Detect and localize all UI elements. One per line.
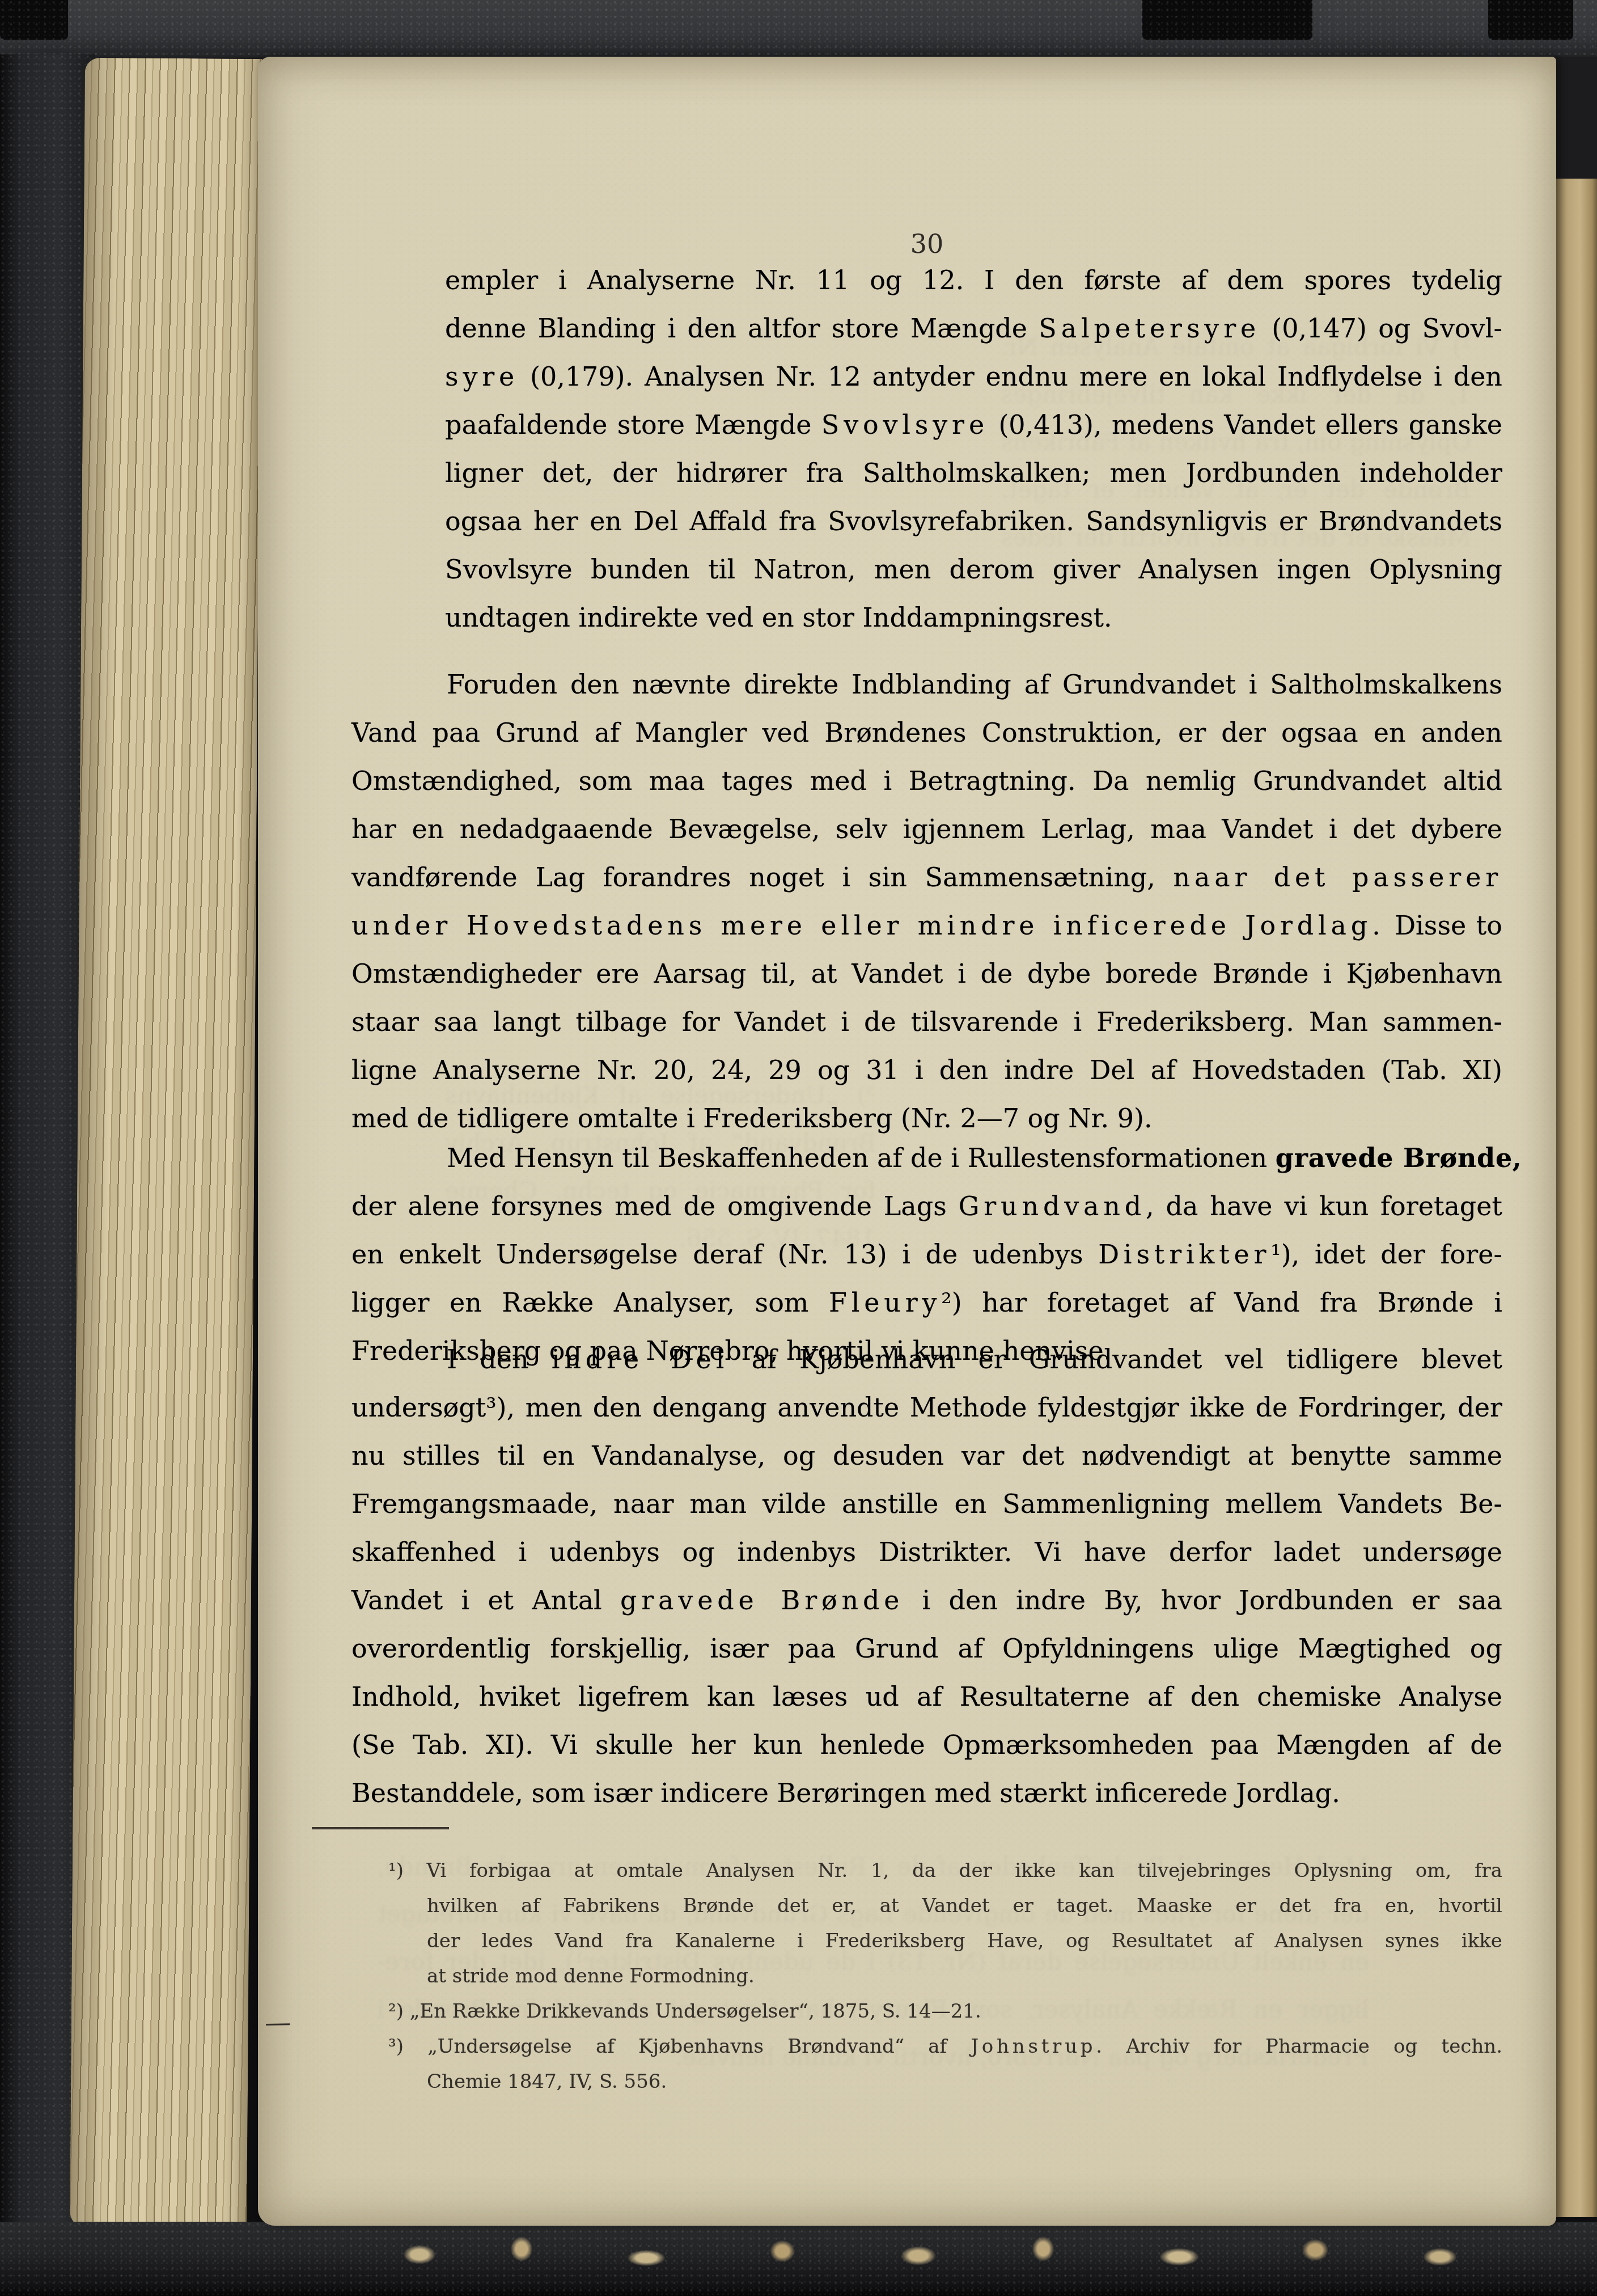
text-line: Bestanddele, som især indicere Berøringe… [351,1769,1502,1817]
text-line: der alene forsynes med de omgivende Lags… [351,1182,1502,1231]
text-line: Vandet i et Antal gravede Brønde i den i… [351,1576,1502,1625]
text-segment: ligger en Række Analyser, som [351,1287,829,1318]
text-segment: denne Blanding i den altfor store Mængde [445,313,1039,344]
body-text: empler i Analyserne Nr. 11 og 12. I den … [351,256,1502,1817]
text-line: ligner det, der hidrører fra Saltholmska… [445,449,1502,497]
text-segment: undersøgt³), men den dengang anvendte Me… [351,1392,1502,1423]
text-line: under Hovedstadens mere eller mindre inf… [351,902,1502,950]
text-segment: (0,179). Analysen Nr. 12 antyder endnu m… [519,361,1502,392]
footnote-line: ³) „Undersøgelse af Kjøbenhavns Brøndvan… [388,2029,1502,2064]
text-segment: Svovlsyre [821,409,989,440]
text-segment: Omstændigheder ere Aarsag til, at Vandet… [351,958,1502,989]
fore-edge-strip [1556,57,1597,2217]
text-segment: (0,147) og Svovl- [1260,313,1502,344]
text-segment: nu stilles til en Vandanalyse, og desude… [351,1440,1502,1471]
text-segment: Bestanddele, som især indicere Berøringe… [351,1778,1340,1808]
text-line: syre (0,179). Analysen Nr. 12 antyder en… [445,353,1502,401]
text-segment: ¹), idet der fore- [1270,1239,1502,1270]
text-line: Med Hensyn til Beskaffenheden af de i Ru… [351,1134,1502,1182]
text-line: har en nedadgaaende Bevægelse, selv igje… [351,805,1502,853]
text-segment: Distrikter [1098,1239,1270,1270]
text-segment: Grundvand [959,1191,1146,1221]
footnote: ³) „Undersøgelse af Kjøbenhavns Brøndvan… [388,2029,1502,2099]
text-segment: Vand paa Grund af Mangler ved Brøndenes … [351,717,1502,748]
footnote: ²) „En Række Drikkevands Undersøgelser“,… [388,1994,1502,2029]
text-segment: Med Hensyn til Beskaffenheden af de i Ru… [447,1143,1276,1173]
page-stack-edges [70,58,262,2230]
text-segment: vandførende Lag forandres noget i sin Sa… [351,862,1174,893]
text-segment: i den indre By, hvor Jordbunden er saa [904,1585,1502,1616]
footnote-line: at stride mod denne Formodning. [388,1959,1502,1994]
text-segment: Vandet i et Antal [351,1585,620,1616]
text-segment: Indhold, hviket ligefrem kan læses ud af… [351,1681,1502,1712]
footnote-separator [312,1827,449,1829]
paragraph: I den indre Del af Kjøbenhavn er Grundva… [351,1335,1502,1817]
footnote-line: der ledes Vand fra Kanalerne i Frederiks… [388,1923,1502,1959]
text-segment: Fleury [829,1287,941,1318]
footnote-line: Chemie 1847, IV, S. 556. [388,2064,1502,2099]
text-segment: der ledes Vand fra Kanalerne i Frederiks… [427,1930,1502,1952]
text-segment: ligne Analyserne Nr. 20, 24, 29 og 31 i … [351,1055,1502,1085]
text-line: Foruden den nævnte direkte Indblanding a… [351,661,1502,709]
text-segment: Foruden den nævnte direkte Indblanding a… [447,669,1502,700]
book-page: ¹) Vi forbigaa at omtale Analysen Nr. 1,… [258,57,1556,2226]
footnotes: ¹) Vi forbigaa at omtale Analysen Nr. 1,… [388,1853,1502,2099]
text-segment: har en nedadgaaende Bevægelse, selv igje… [351,814,1502,844]
page-number: 30 [351,229,1502,259]
text-line: Omstændighed, som maa tages med i Betrag… [351,757,1502,805]
text-segment: (0,413), medens Vandet ellers ganske [989,409,1502,440]
text-line: en enkelt Undersøgelse deraf (Nr. 13) i … [351,1231,1502,1279]
text-segment: Svovlsyre bunden til Natron, men derom g… [445,554,1502,585]
footnote-line: ¹) Vi forbigaa at omtale Analysen Nr. 1,… [388,1853,1502,1888]
text-line: ligne Analyserne Nr. 20, 24, 29 og 31 i … [351,1046,1502,1094]
paragraph: empler i Analyserne Nr. 11 og 12. I den … [445,256,1502,642]
text-segment: empler i Analyserne Nr. 11 og 12. I den … [445,265,1502,295]
text-segment: I den [447,1344,552,1375]
marbled-pattern [351,2232,1542,2276]
text-line: denne Blanding i den altfor store Mængde… [445,305,1502,353]
text-segment: gravede Brønde [620,1585,904,1616]
text-line: skaffenhed i udenbys og indenbys Distrik… [351,1528,1502,1576]
footnote: ¹) Vi forbigaa at omtale Analysen Nr. 1,… [388,1853,1502,1994]
text-segment: undtagen indirekte ved en stor Inddampni… [445,602,1112,633]
book-cover-top-edge [0,0,1597,61]
text-segment: Salpetersyre [1039,313,1260,344]
paragraph: Foruden den nævnte direkte Indblanding a… [351,661,1502,1143]
text-line: ogsaa her en Del Affald fra Svovlsyrefab… [445,497,1502,546]
text-segment: at stride mod denne Formodning. [427,1965,755,1988]
text-segment: , da have vi kun foretaget [1146,1191,1502,1221]
text-segment: under Hovedstadens mere eller mindre inf… [351,910,1385,941]
book-cover-bottom-edge [0,2222,1597,2296]
text-segment: med de tidligere omtalte i Frederiksberg… [351,1103,1153,1134]
text-segment: gravede Brønde, [1276,1143,1522,1173]
text-segment: hvilken af Fabrikens Brønde det er, at V… [427,1895,1502,1917]
text-line: Fremgangsmaade, naar man vilde anstille … [351,1480,1502,1528]
text-line: vandførende Lag forandres noget i sin Sa… [351,853,1502,902]
text-line: (Se Tab. XI). Vi skulle her kun henlede … [351,1721,1502,1769]
text-segment: ¹) Vi forbigaa at omtale Analysen Nr. 1,… [388,1859,1502,1882]
text-segment: naar det passerer [1174,862,1502,893]
text-segment: der alene forsynes med de omgivende Lags [351,1191,959,1221]
cover-texture [0,0,1597,61]
text-segment: ligner det, der hidrører fra Saltholmska… [445,458,1502,488]
text-segment: . Archiv for Pharmacie og techn. [1096,2035,1502,2058]
text-segment: ²) „En Række Drikkevands Undersøgelser“,… [388,2000,981,2023]
text-segment: en enkelt Undersøgelse deraf (Nr. 13) i … [351,1239,1098,1270]
text-segment: Fremgangsmaade, naar man vilde anstille … [351,1489,1502,1519]
text-line: empler i Analyserne Nr. 11 og 12. I den … [445,256,1502,305]
text-line: Indhold, hviket ligefrem kan læses ud af… [351,1673,1502,1721]
text-line: overordentlig forskjellig, især paa Grun… [351,1625,1502,1673]
text-segment: staar saa langt tilbage for Vandet i de … [351,1007,1502,1037]
text-line: nu stilles til en Vandanalyse, og desude… [351,1432,1502,1480]
text-line: undersøgt³), men den dengang anvendte Me… [351,1384,1502,1432]
text-segment: Disse to [1385,910,1502,941]
text-segment: af Kjøbenhavn er Grundvandet vel tidlige… [728,1344,1502,1375]
text-segment: (Se Tab. XI). Vi skulle her kun henlede … [351,1730,1502,1760]
text-line: staar saa langt tilbage for Vandet i de … [351,998,1502,1046]
text-line: ligger en Række Analyser, som Fleury²) h… [351,1279,1502,1327]
text-line: Svovlsyre bunden til Natron, men derom g… [445,546,1502,594]
margin-mark: — [265,2010,307,2033]
gutter-shadow [1556,57,1597,179]
text-line: Omstændigheder ere Aarsag til, at Vandet… [351,950,1502,998]
footnote-line: hvilken af Fabrikens Brønde det er, at V… [388,1888,1502,1923]
text-line: I den indre Del af Kjøbenhavn er Grundva… [351,1335,1502,1384]
text-segment: overordentlig forskjellig, især paa Grun… [351,1633,1502,1664]
text-segment: ³) „Undersøgelse af Kjøbenhavns Brøndvan… [388,2035,971,2058]
text-segment: skaffenhed i udenbys og indenbys Distrik… [351,1537,1502,1567]
text-segment: syre [445,361,519,392]
text-line: Vand paa Grund af Mangler ved Brøndenes … [351,709,1502,757]
text-segment: Chemie 1847, IV, S. 556. [427,2070,667,2093]
text-segment: ogsaa her en Del Affald fra Svovlsyrefab… [445,506,1502,536]
footnote-line: ²) „En Række Drikkevands Undersøgelser“,… [388,1994,1502,2029]
text-segment: ²) har foretaget af Vand fra Brønde i [941,1287,1502,1318]
text-segment: Omstændighed, som maa tages med i Betrag… [351,766,1502,796]
text-line: paafaldende store Mængde Svovlsyre (0,41… [445,401,1502,449]
text-segment: indre Del [552,1344,728,1375]
text-segment: Johnstrup [971,2035,1096,2058]
text-segment: paafaldende store Mængde [445,409,821,440]
text-line: undtagen indirekte ved en stor Inddampni… [445,594,1502,642]
